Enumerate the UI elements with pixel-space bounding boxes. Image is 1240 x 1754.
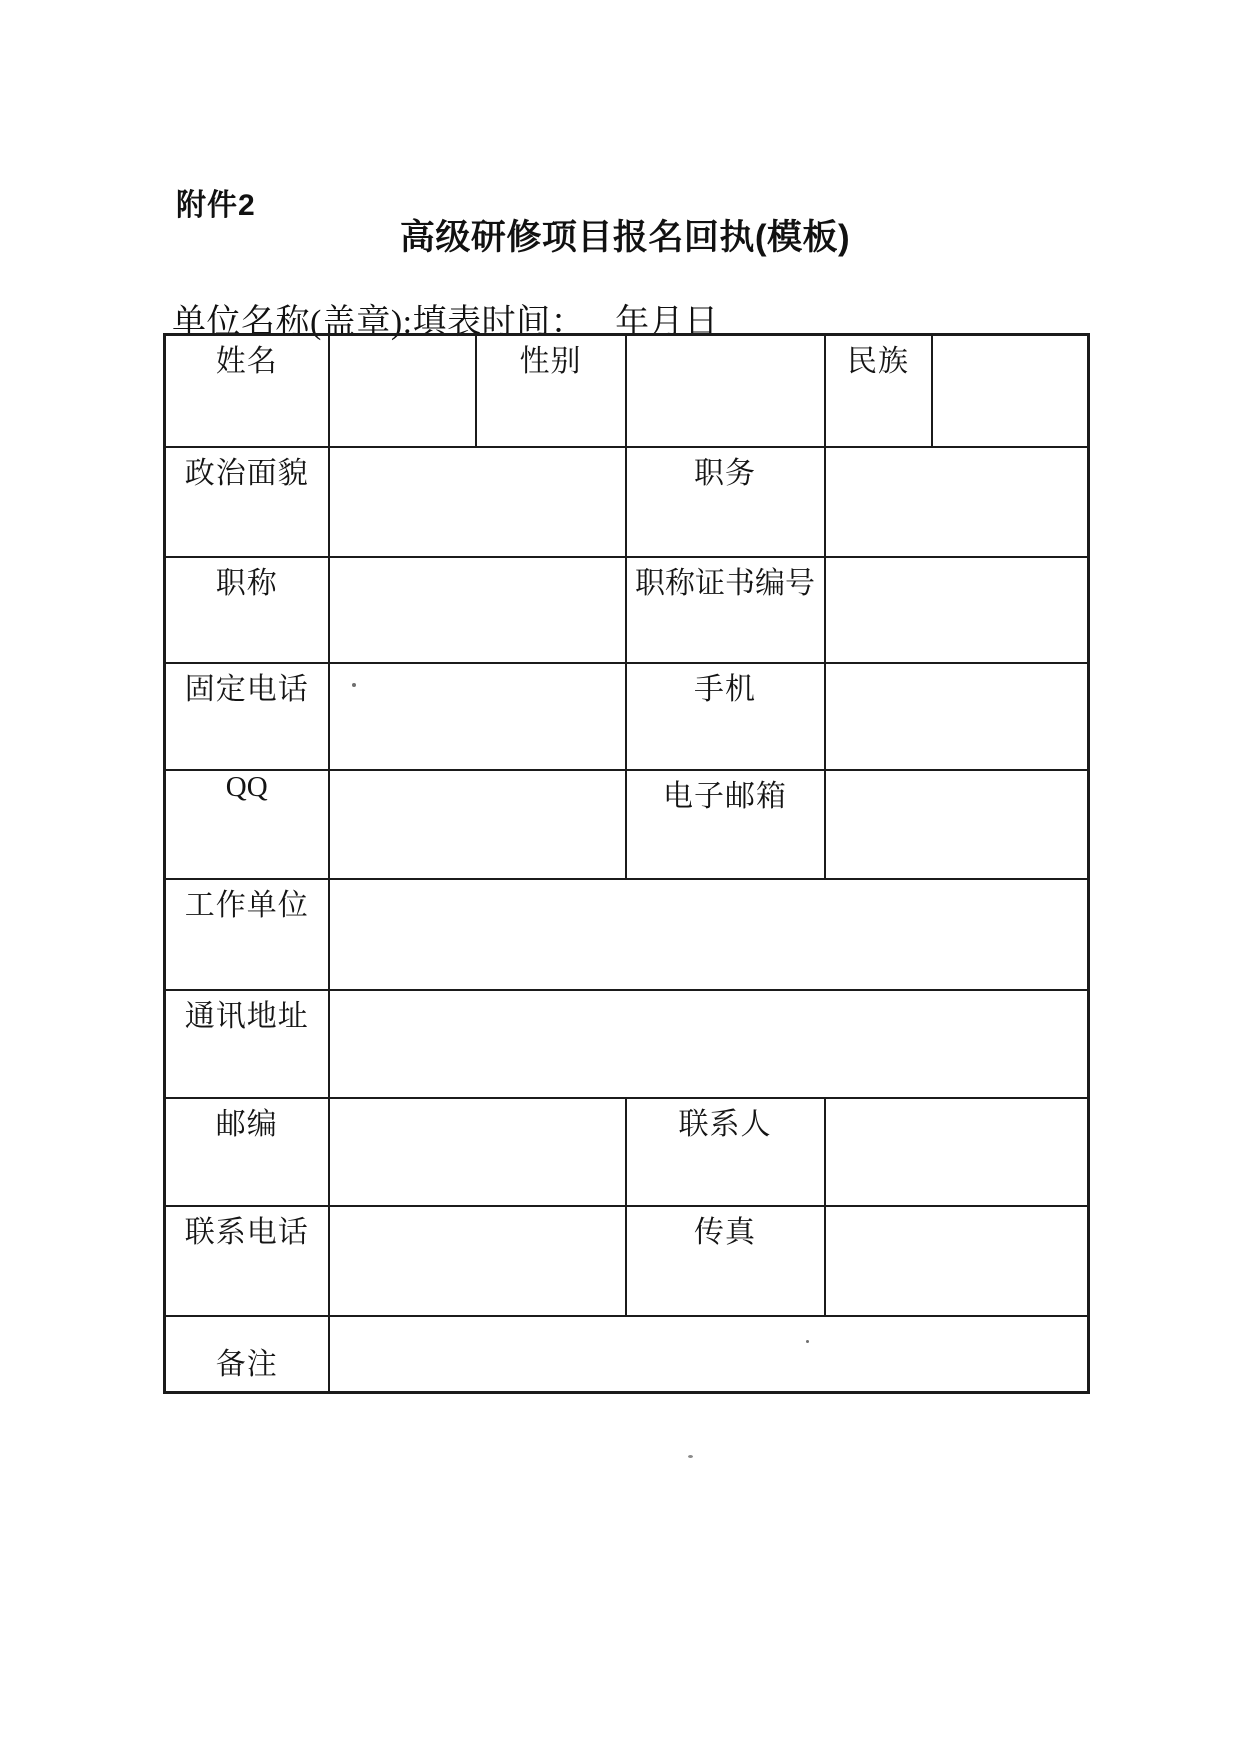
field-input-qq[interactable] — [329, 770, 626, 879]
field-input-remarks[interactable] — [329, 1316, 1089, 1393]
field-label-qq: QQ — [165, 770, 329, 879]
field-input-mobile-phone[interactable] — [825, 663, 1089, 770]
field-input-email[interactable] — [825, 770, 1089, 879]
table-row: 工作单位 — [165, 879, 1089, 990]
field-input-political-status[interactable] — [329, 447, 626, 557]
page-title: 高级研修项目报名回执(模板) — [163, 210, 1087, 260]
field-input-ethnicity[interactable] — [932, 335, 1089, 447]
table-row: 备注 — [165, 1316, 1089, 1393]
field-input-work-unit[interactable] — [329, 879, 1089, 990]
table-row: 政治面貌 职务 — [165, 447, 1089, 557]
field-input-gender[interactable] — [626, 335, 825, 447]
field-input-name[interactable] — [329, 335, 476, 447]
field-label-email: 电子邮箱 — [626, 770, 825, 879]
table-row: 通讯地址 — [165, 990, 1089, 1098]
field-label-political-status: 政治面貌 — [165, 447, 329, 557]
table-row: QQ 电子邮箱 — [165, 770, 1089, 879]
field-label-contact-person: 联系人 — [626, 1098, 825, 1206]
field-input-landline-phone[interactable] — [329, 663, 626, 770]
field-label-remarks: 备注 — [165, 1316, 329, 1393]
field-label-professional-title: 职称 — [165, 557, 329, 663]
scan-speck — [352, 683, 356, 687]
field-label-mailing-address: 通讯地址 — [165, 990, 329, 1098]
field-input-contact-phone[interactable] — [329, 1206, 626, 1316]
field-label-postal-code: 邮编 — [165, 1098, 329, 1206]
field-label-fax: 传真 — [626, 1206, 825, 1316]
field-label-ethnicity: 民族 — [825, 335, 932, 447]
field-label-gender: 性别 — [476, 335, 626, 447]
scanned-form-page: 附件2 高级研修项目报名回执(模板) 单位名称(盖章):填表时间：年月日 姓名 … — [0, 0, 1240, 1754]
field-input-title-certificate-number[interactable] — [825, 557, 1089, 663]
field-input-postal-code[interactable] — [329, 1098, 626, 1206]
field-input-mailing-address[interactable] — [329, 990, 1089, 1098]
scan-speck — [688, 1455, 693, 1458]
table-row: 固定电话 手机 — [165, 663, 1089, 770]
field-label-landline-phone: 固定电话 — [165, 663, 329, 770]
field-label-position: 职务 — [626, 447, 825, 557]
table-row: 邮编 联系人 — [165, 1098, 1089, 1206]
field-input-professional-title[interactable] — [329, 557, 626, 663]
field-input-position[interactable] — [825, 447, 1089, 557]
field-label-mobile-phone: 手机 — [626, 663, 825, 770]
field-label-contact-phone: 联系电话 — [165, 1206, 329, 1316]
field-label-work-unit: 工作单位 — [165, 879, 329, 990]
table-row: 姓名 性别 民族 — [165, 335, 1089, 447]
field-input-fax[interactable] — [825, 1206, 1089, 1316]
table-row: 职称 职称证书编号 — [165, 557, 1089, 663]
registration-form-table: 姓名 性别 民族 政治面貌 职务 职称 职称证书编号 固定电话 手机 — [163, 333, 1090, 1394]
scan-speck — [806, 1340, 809, 1343]
field-label-title-certificate-number: 职称证书编号 — [626, 557, 825, 663]
field-label-name: 姓名 — [165, 335, 329, 447]
table-row: 联系电话 传真 — [165, 1206, 1089, 1316]
field-input-contact-person[interactable] — [825, 1098, 1089, 1206]
